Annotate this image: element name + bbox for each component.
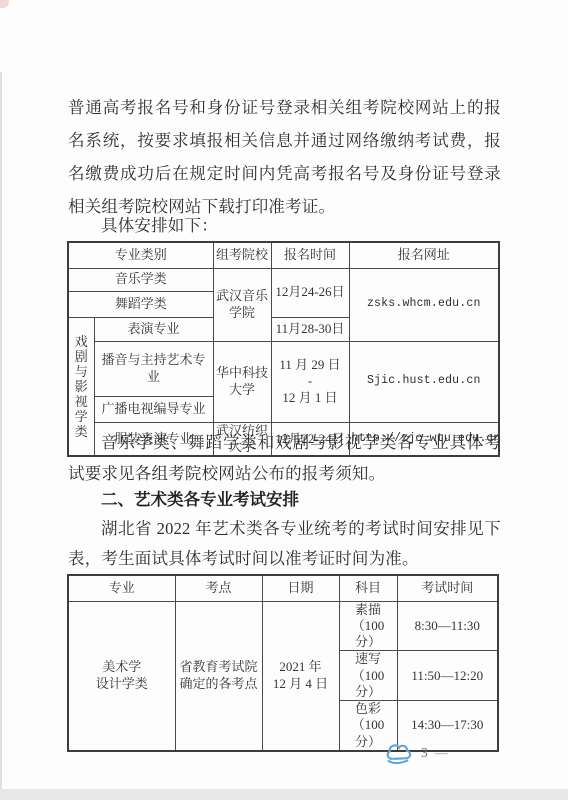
- header-date: 日期: [262, 575, 339, 601]
- page-number: 3: [421, 745, 428, 761]
- cell-time-quicksketch: 11:50—12:20: [397, 651, 498, 701]
- section2-paragraph: 湖北省 2022 年艺术类各专业统考的考试时间安排见下表，考生面试具体考试时间以…: [68, 514, 501, 574]
- page-number-dash: —: [435, 745, 447, 761]
- registration-table: 专业类别 组考院校 报名时间 报名网址 音乐学类 武汉音乐 学院 12月24-2…: [67, 241, 500, 457]
- table-row: 播音与主持艺术专业 华中科技 大学 11 月 29 日 - 12 月 1 日 S…: [68, 341, 499, 396]
- header-registration-time: 报名时间: [271, 242, 349, 268]
- header-major-category: 专业类别: [68, 242, 213, 268]
- header-organizing-school: 组考院校: [213, 242, 271, 268]
- cell-time-nov29-dec1: 11 月 29 日 - 12 月 1 日: [271, 341, 349, 422]
- header-major: 专业: [68, 575, 175, 601]
- cell-time-dec24-26: 12月24-26日: [271, 268, 349, 317]
- cell-exam-date: 2021 年 12 月 4 日: [262, 601, 339, 751]
- header-subject: 科目: [339, 575, 397, 601]
- scan-bottom-edge: [0, 789, 568, 800]
- section2-heading: 二、艺术类各专业考试安排: [68, 486, 501, 513]
- page-footer: 3 —: [384, 739, 447, 767]
- cell-school-hust: 华中科技 大学: [213, 341, 271, 422]
- intro-paragraph: 普通高考报名号和身份证号登录相关组考院校网站上的报名系统，按要求填报相关信息并通…: [68, 91, 501, 223]
- arrangement-lead: 具体安排如下：: [68, 212, 501, 239]
- cell-time-nov28-30: 11月28-30日: [271, 317, 349, 341]
- cell-time-sketch: 8:30—11:30: [397, 601, 498, 651]
- cell-school-whcm: 武汉音乐 学院: [213, 268, 271, 341]
- header-venue: 考点: [175, 575, 262, 601]
- cell-music-category: 音乐学类: [68, 268, 213, 291]
- cell-subject-sketch: 素描 （100 分）: [339, 601, 397, 651]
- cloud-watermark-icon: [384, 741, 414, 766]
- table-row: 美术学 设计学类 省教育考试院 确定的各考点 2021 年 12 月 4 日 素…: [68, 601, 498, 651]
- cell-venue: 省教育考试院 确定的各考点: [175, 601, 262, 751]
- cell-site-whcm: zsks.whcm.edu.cn: [349, 268, 499, 341]
- cell-broadcast-host-major: 播音与主持艺术专业: [94, 341, 213, 396]
- scan-edge-line: [0, 72, 2, 789]
- header-registration-site: 报名网址: [349, 242, 499, 268]
- cell-art-design-major: 美术学 设计学类: [68, 601, 175, 751]
- cell-performance-major: 表演专业: [94, 317, 213, 341]
- table-row: 音乐学类 武汉音乐 学院 12月24-26日 zsks.whcm.edu.cn: [68, 268, 499, 291]
- exam-schedule-table: 专业 考点 日期 科目 考试时间 美术学 设计学类 省教育考试院 确定的各考点 …: [67, 574, 499, 752]
- scanned-document-page: 普通高考报名号和身份证号登录相关组考院校网站上的报名系统，按要求填报相关信息并通…: [0, 0, 568, 800]
- cell-subject-quicksketch: 速写 （100 分）: [339, 651, 397, 701]
- header-exam-time: 考试时间: [397, 575, 498, 601]
- cell-tv-directing-major: 广播电视编导专业: [94, 396, 213, 422]
- scan-corner-artifact: [0, 0, 9, 8]
- cell-site-hust: Sjic.hust.edu.cn: [349, 341, 499, 422]
- registration-table-header-row: 专业类别 组考院校 报名时间 报名网址: [68, 242, 499, 268]
- exam-table-header-row: 专业 考点 日期 科目 考试时间: [68, 575, 498, 601]
- cell-dance-category: 舞蹈学类: [68, 291, 213, 317]
- after-table-note: 音乐学类、舞蹈学类和戏剧与影视学类各专业具体考试要求见各组考院校网站公布的报考须…: [68, 427, 501, 489]
